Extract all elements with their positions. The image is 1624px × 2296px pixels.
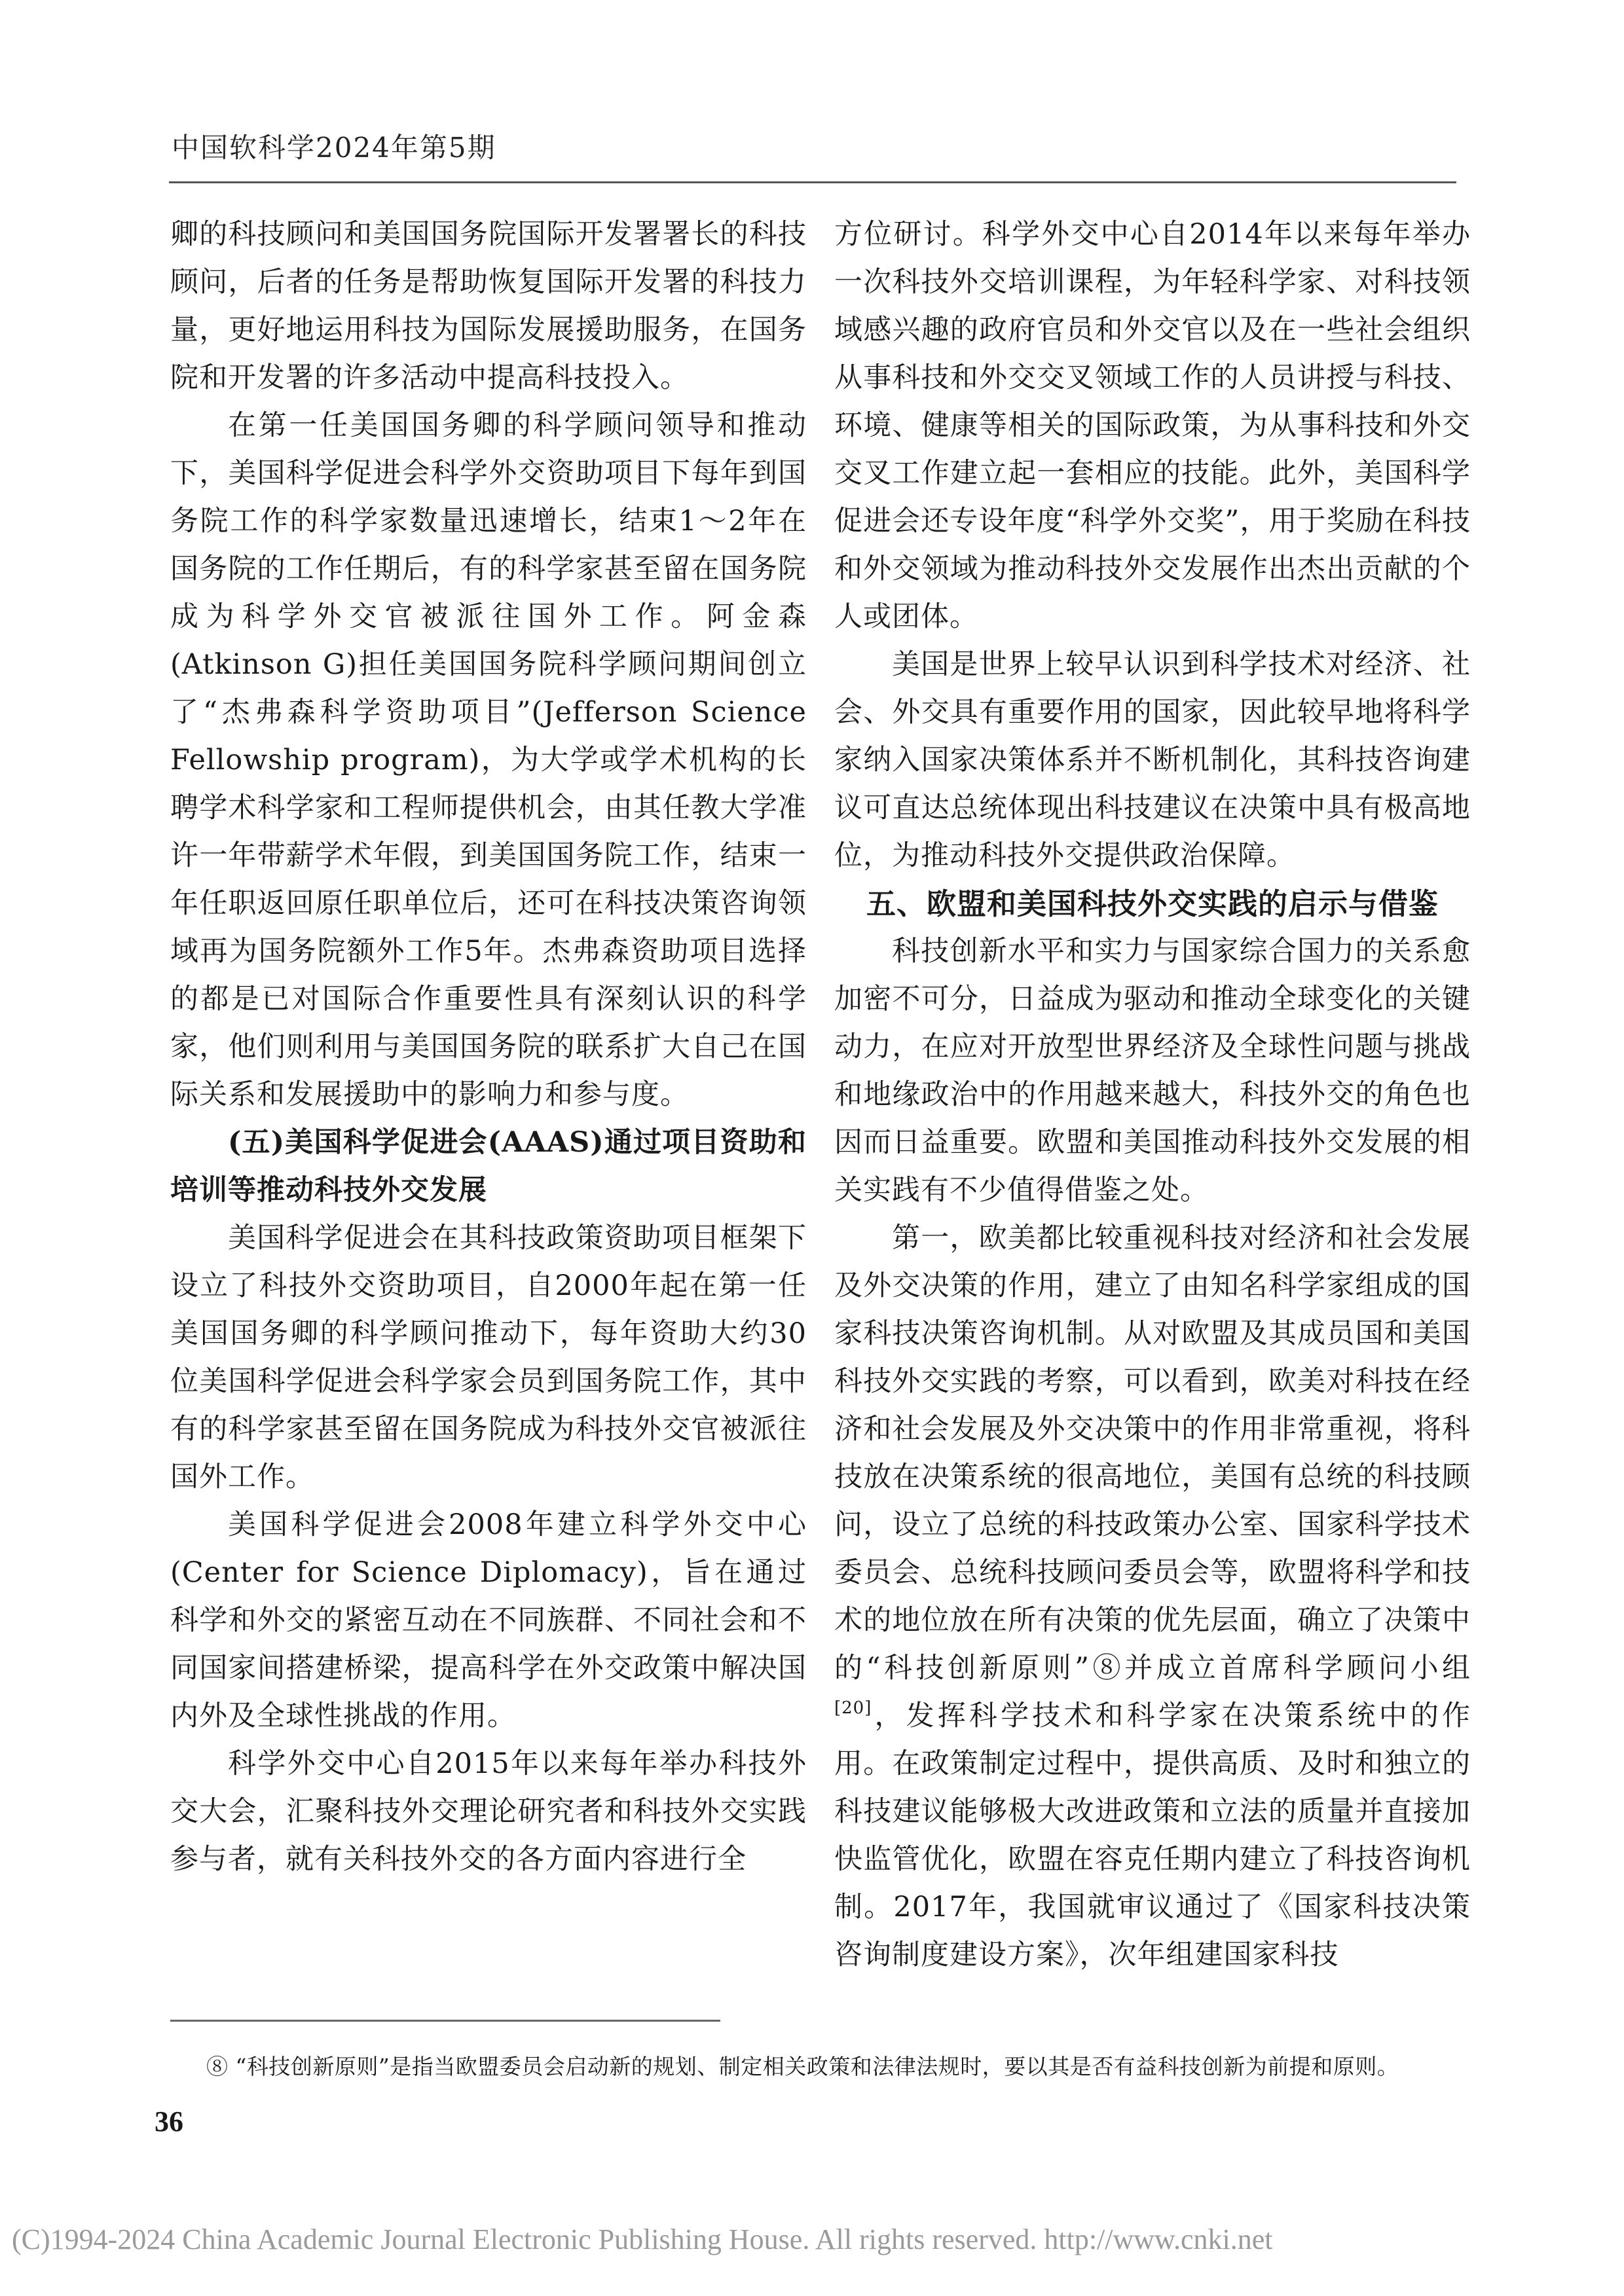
paragraph-text: 第一，欧美都比较重视科技对经济和社会发展及外交决策的作用，建立了由知名科学家组成…	[834, 1222, 1471, 1685]
section-heading: 五、欧盟和美国科技外交实践的启示与借鉴	[834, 880, 1471, 928]
paragraph: 第一，欧美都比较重视科技对经济和社会发展及外交决策的作用，建立了由知名科学家组成…	[834, 1214, 1471, 1979]
paragraph: 美国科学促进会2008年建立科学外交中心(Center for Science …	[170, 1501, 807, 1740]
paragraph: 卿的科技顾问和美国国务院国际开发署署长的科技顾问，后者的任务是帮助恢复国际开发署…	[170, 211, 807, 402]
copyright-notice: (C)1994-2024 China Academic Journal Elec…	[12, 2223, 1272, 2256]
paragraph-text: ，发挥科学技术和科学家在决策系统中的作用。在政策制定过程中，提供高质、及时和独立…	[834, 1700, 1471, 1971]
paragraph: 在第一任美国国务卿的科学顾问领导和推动下，美国科学促进会科学外交资助项目下每年到…	[170, 402, 807, 1119]
subsection-heading: (五)美国科学促进会(AAAS)通过项目资助和培训等推动科技外交发展	[170, 1119, 807, 1214]
paragraph: 科技创新水平和实力与国家综合国力的关系愈加密不可分，日益成为驱动和推动全球变化的…	[834, 928, 1471, 1214]
running-head-journal-title: 中国软科学2024年第5期	[172, 134, 496, 162]
footnote: ⑧ “科技创新原则”是指当欧盟委员会启动新的规划、制定相关政策和法律法规时，要以…	[206, 2052, 1450, 2081]
page-number: 36	[155, 2105, 183, 2138]
left-column: 卿的科技顾问和美国国务院国际开发署署长的科技顾问，后者的任务是帮助恢复国际开发署…	[170, 211, 807, 1884]
citation-reference[interactable]: [20]	[834, 1698, 872, 1718]
paragraph: 美国是世界上较早认识到科学技术对经济、社会、外交具有重要作用的国家，因此较早地将…	[834, 641, 1471, 880]
paragraph: 美国科学促进会在其科技政策资助项目框架下设立了科技外交资助项目，自2000年起在…	[170, 1214, 807, 1501]
paragraph: 科学外交中心自2015年以来每年举办科技外交大会，汇聚科技外交理论研究者和科技外…	[170, 1740, 807, 1884]
paragraph: 方位研讨。科学外交中心自2014年以来每年举办一次科技外交培训课程，为年轻科学家…	[834, 211, 1471, 641]
header-rule	[169, 181, 1456, 183]
footnote-rule	[170, 2020, 720, 2022]
right-column: 方位研讨。科学外交中心自2014年以来每年举办一次科技外交培训课程，为年轻科学家…	[834, 211, 1471, 1979]
